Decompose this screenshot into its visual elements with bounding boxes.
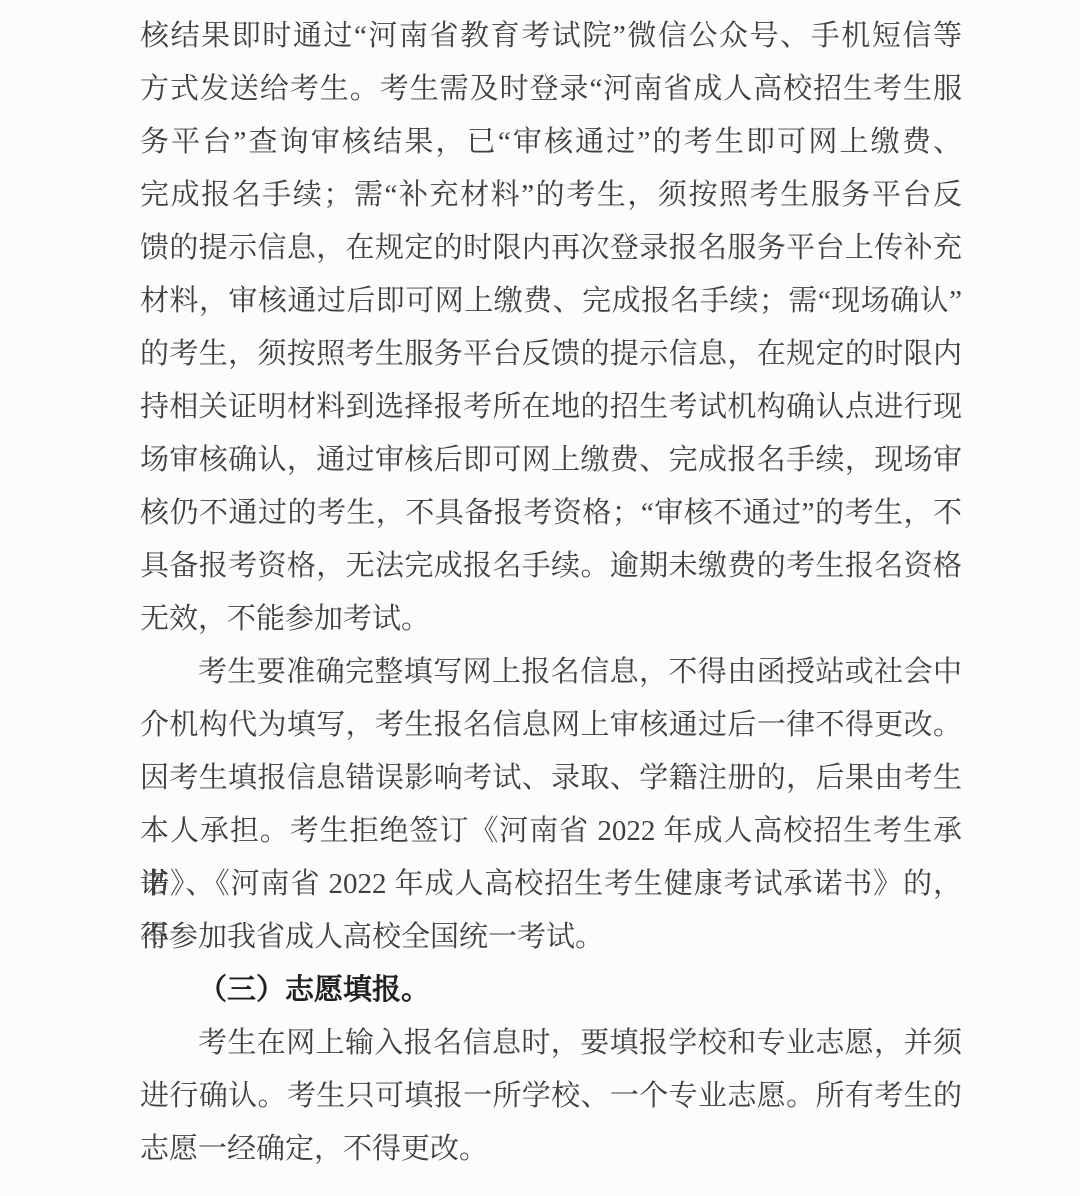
text-line: 本人承担。考生拒绝签订《河南省 2022 年成人高校招生考生承诺 [140,805,962,858]
text-line: 介机构代为填写，考生报名信息网上审核通过后一律不得更改。 [140,699,962,752]
text-line: 核结果即时通过“河南省教育考试院”微信公众号、手机短信等 [140,10,962,63]
text-line: 的考生，须按照考生服务平台反馈的提示信息，在规定的时限内 [140,328,962,381]
paragraph-last-line: 得参加我省成人高校全国统一考试。 [140,911,962,964]
text-line: 书》、《河南省 2022 年成人高校招生考生健康考试承诺书》的，不 [140,858,962,911]
paragraph-first-line: 考生要准确完整填写网上报名信息，不得由函授站或社会中 [140,646,962,699]
text-line: 因考生填报信息错误影响考试、录取、学籍注册的，后果由考生 [140,752,962,805]
text-line: 完成报名手续；需“补充材料”的考生，须按照考生服务平台反 [140,169,962,222]
text-line: 方式发送给考生。考生需及时登录“河南省成人高校招生考生服 [140,63,962,116]
paragraph-last-line: 志愿一经确定，不得更改。 [140,1123,962,1176]
text-line: 核仍不通过的考生，不具备报考资格；“审核不通过”的考生，不 [140,487,962,540]
document-page: 核结果即时通过“河南省教育考试院”微信公众号、手机短信等 方式发送给考生。考生需… [0,0,1080,1196]
text-line: 场审核确认，通过审核后即可网上缴费、完成报名手续，现场审 [140,434,962,487]
paragraph-last-line: 无效，不能参加考试。 [140,593,962,646]
document-screenshot: { "colors": { "background": "#fcfcfc", "… [0,0,1080,1196]
paragraph-first-line: 考生在网上输入报名信息时，要填报学校和专业志愿，并须 [140,1017,962,1070]
section-heading: （三）志愿填报。 [140,964,962,1017]
text-line: 材料，审核通过后即可网上缴费、完成报名手续；需“现场确认” [140,275,962,328]
text-line: 具备报考资格，无法完成报名手续。逾期未缴费的考生报名资格 [140,540,962,593]
text-line: 务平台”查询审核结果，已“审核通过”的考生即可网上缴费、 [140,116,962,169]
text-line: 馈的提示信息，在规定的时限内再次登录报名服务平台上传补充 [140,222,962,275]
text-line: 进行确认。考生只可填报一所学校、一个专业志愿。所有考生的 [140,1070,962,1123]
text-line: 持相关证明材料到选择报考所在地的招生考试机构确认点进行现 [140,381,962,434]
